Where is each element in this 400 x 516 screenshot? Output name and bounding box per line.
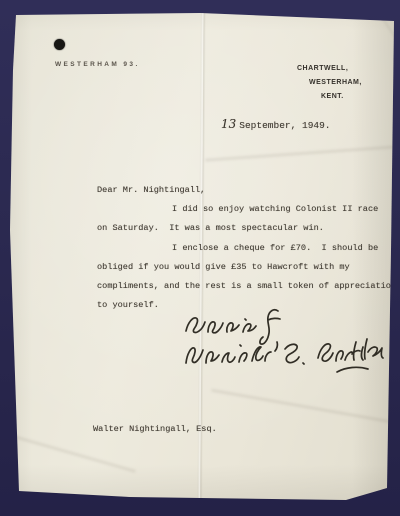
fold-crease-top-right xyxy=(205,145,397,161)
letterhead-address-line-1: CHARTWELL, xyxy=(297,65,348,72)
salutation: Dear Mr. Nightingall, xyxy=(97,185,205,195)
body-line-1: I did so enjoy watching Colonist II race xyxy=(172,204,378,214)
body-line-5: compliments, and the rest is a small tok… xyxy=(97,281,396,291)
fold-crease-bottom-left xyxy=(10,434,136,473)
fold-crease-vertical xyxy=(197,0,206,516)
signature-underline-stroke xyxy=(337,367,368,372)
fold-crease-corner xyxy=(370,1,395,37)
body-line-6: to yourself. xyxy=(97,300,159,310)
photo-background: WESTERHAM 93. CHARTWELL, WESTERHAM, KENT… xyxy=(0,0,400,516)
date-day: 13 xyxy=(221,117,236,131)
date-line: 13September, 1949. xyxy=(221,115,331,133)
punch-hole xyxy=(54,39,65,50)
body-line-2: on Saturday. It was a most spectacular w… xyxy=(97,223,324,233)
signature-name-stroke xyxy=(186,339,383,364)
recipient-line: Walter Nightingall, Esq. xyxy=(93,424,217,434)
letter-paper: WESTERHAM 93. CHARTWELL, WESTERHAM, KENT… xyxy=(0,0,400,516)
letterhead-phone: WESTERHAM 93. xyxy=(55,61,140,68)
letterhead-address-line-2: WESTERHAM, xyxy=(309,79,362,86)
body-line-3: I enclose a cheque for £70. I should be xyxy=(172,243,378,253)
date-rest: September, 1949. xyxy=(239,120,330,131)
body-line-4: obliged if you would give £35 to Hawcrof… xyxy=(97,262,350,272)
fold-crease-bottom-right xyxy=(211,389,397,425)
letterhead-address-line-3: KENT. xyxy=(321,93,344,100)
